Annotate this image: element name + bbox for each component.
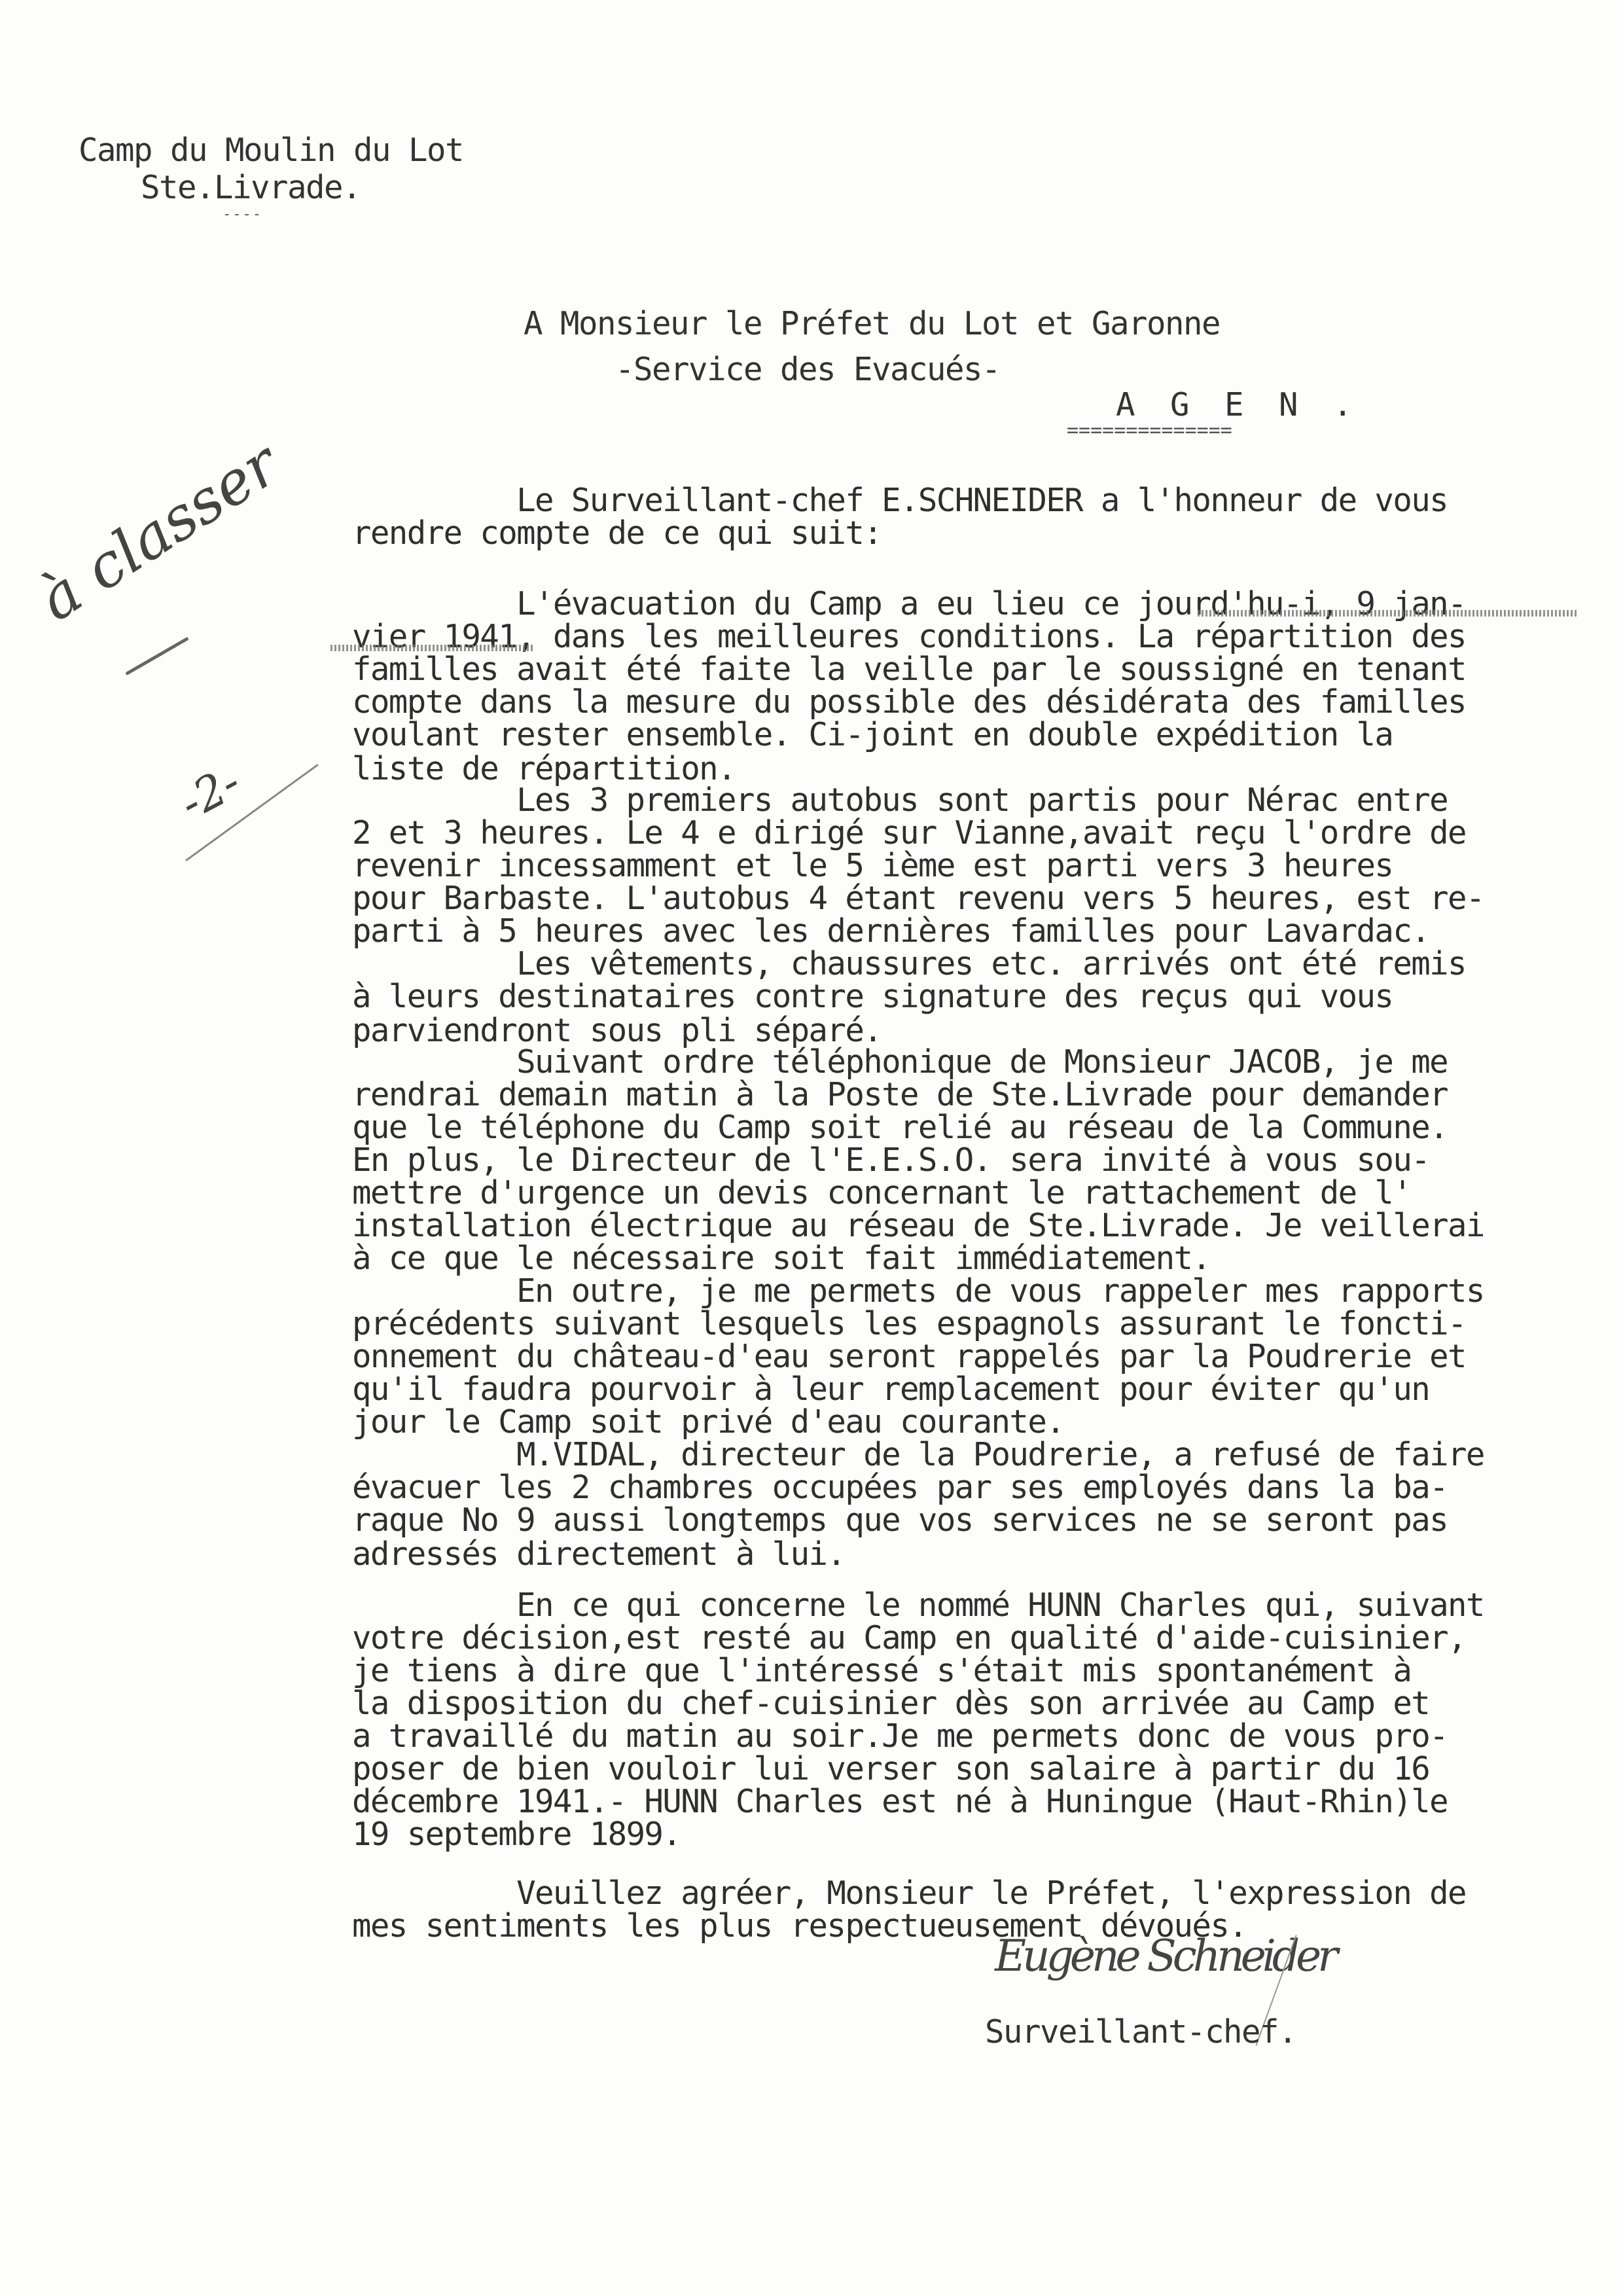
body-line: décembre 1941.- HUNN Charles est né à Hu… (352, 1785, 1448, 1818)
body-line: pour Barbaste. L'autobus 4 étant revenu … (352, 882, 1484, 914)
body-line: En ce qui concerne le nommé HUNN Charles… (352, 1589, 1484, 1621)
body-line: poser de bien vouloir lui verser son sal… (352, 1753, 1429, 1785)
body-line: évacuer les 2 chambres occupées par ses … (352, 1471, 1448, 1503)
body-line: je tiens à dire que l'intéressé s'était … (352, 1655, 1411, 1687)
body-line: En plus, le Directeur de l'E.E.S.O. sera… (352, 1144, 1429, 1176)
body-line: jour le Camp soit privé d'eau courante. (352, 1406, 1064, 1438)
body-line: Veuillez agréer, Monsieur le Préfet, l'e… (352, 1877, 1466, 1909)
body-line: votre décision,est resté au Camp en qual… (352, 1622, 1466, 1654)
body-line: parti à 5 heures avec les dernières fami… (352, 915, 1429, 947)
body-line: compte dans la mesure du possible des dé… (352, 686, 1466, 718)
letterhead-line-2: Ste.Livrade. (141, 171, 361, 204)
body-line: à leurs destinataires contre signature d… (352, 980, 1393, 1013)
body-line: adressés directement à lui. (352, 1538, 845, 1570)
body-line: raque No 9 aussi longtemps que vos servi… (352, 1504, 1448, 1536)
body-line: que le téléphone du Camp soit relié au r… (352, 1111, 1448, 1143)
body-line: mettre d'urgence un devis concernant le … (352, 1177, 1411, 1209)
recipient-rule: ============== (1067, 419, 1232, 442)
date-underline-2 (330, 645, 533, 651)
body-line: Le Surveillant-chef E.SCHNEIDER a l'honn… (352, 484, 1448, 516)
body-line: a travaillé du matin au soir.Je me perme… (352, 1720, 1448, 1752)
body-line: installation électrique au réseau de Ste… (352, 1210, 1484, 1242)
body-line: 2 et 3 heures. Le 4 e dirigé sur Vianne,… (352, 817, 1466, 849)
letterhead-rule: ---- (223, 206, 262, 223)
body-line: rendrai demain matin à la Poste de Ste.L… (352, 1079, 1448, 1111)
margin-note-page-number: -2- (171, 755, 249, 831)
body-line: onnement du château-d'eau seront rappelé… (352, 1340, 1466, 1372)
margin-note-a-classer: à classer (26, 429, 291, 635)
body-line: 19 septembre 1899. (352, 1818, 681, 1850)
signer-title: Surveillant-chef. (985, 2016, 1296, 2048)
body-line: En outre, je me permets de vous rappeler… (352, 1275, 1484, 1307)
body-line: la disposition du chef-cuisinier dès son… (352, 1687, 1429, 1719)
body-line: Suivant ordre téléphonique de Monsieur J… (352, 1046, 1448, 1078)
date-underline-1 (1198, 610, 1577, 617)
body-line: liste de répartition. (352, 753, 736, 785)
body-line: Les 3 premiers autobus sont partis pour … (352, 784, 1448, 816)
body-line: revenir incessamment et le 5 ième est pa… (352, 850, 1393, 882)
signature: Eugène Schneider (995, 1931, 1334, 1981)
recipient-city: A G E N . (1116, 389, 1361, 421)
body-line: Les vêtements, chaussures etc. arrivés o… (352, 948, 1466, 980)
body-line: précédents suivant lesquels les espagnol… (352, 1308, 1466, 1340)
body-line: familles avait été faite la veille par l… (352, 653, 1466, 685)
body-line: voulant rester ensemble. Ci-joint en dou… (352, 719, 1393, 751)
body-line: à ce que le nécessaire soit fait immédia… (352, 1242, 1210, 1274)
body-line: qu'il faudra pourvoir à leur remplacemen… (352, 1373, 1429, 1405)
recipient-line-1: A Monsieur le Préfet du Lot et Garonne (524, 308, 1220, 340)
body-line: M.VIDAL, directeur de la Poudrerie, a re… (352, 1439, 1484, 1471)
recipient-line-2: -Service des Evacués- (615, 353, 1000, 386)
body-line: parviendront sous pli séparé. (352, 1014, 882, 1047)
letterhead-line-1: Camp du Moulin du Lot (79, 134, 463, 166)
body-line: rendre compte de ce qui suit: (352, 517, 882, 549)
margin-note-underline (125, 637, 189, 675)
